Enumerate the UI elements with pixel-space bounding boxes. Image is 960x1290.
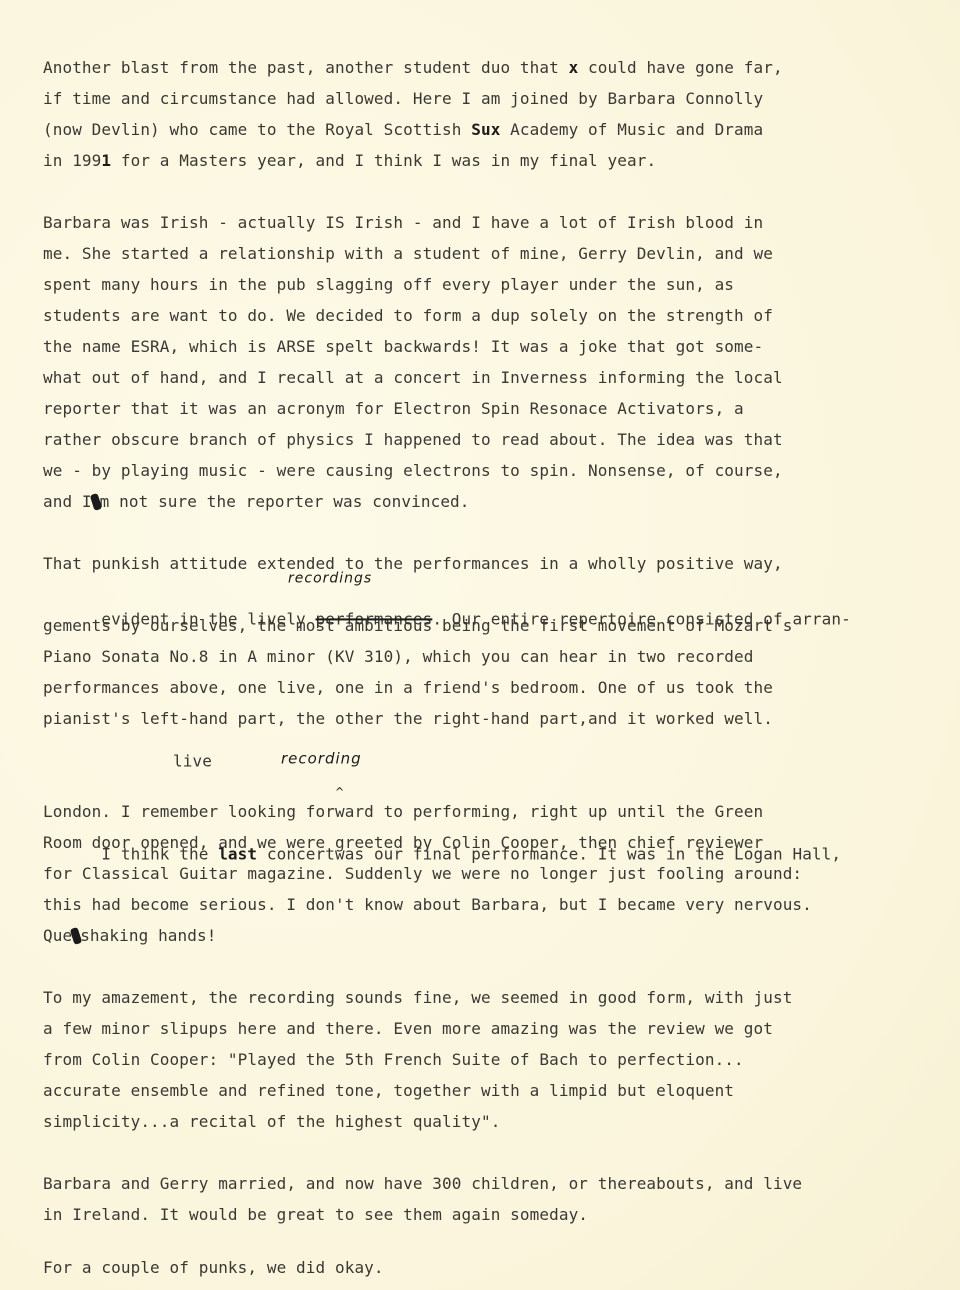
typed-overstrike: x [569,58,579,77]
text-line: performances above, one live, one in a f… [43,676,923,708]
text-line: the name ESRA, which is ARSE spelt backw… [43,335,923,367]
typed-overstrike: 1 [101,151,111,170]
handwritten-insertion: recording [281,746,362,770]
text-line: Barbara was Irish - actually IS Irish - … [43,211,923,243]
text-line: from Colin Cooper: "Played the 5th Frenc… [43,1048,923,1080]
text-line: a few minor slipups here and there. Even… [43,1017,923,1049]
text-line: (now Devlin) who came to the Royal Scott… [43,118,923,150]
text-line: To my amazement, the recording sounds fi… [43,986,923,1018]
text-line: me. She started a relationship with a st… [43,242,923,274]
text-line: Barbara and Gerry married, and now have … [43,1172,923,1204]
text-line: Room door opened, and we were greeted by… [43,831,923,863]
text: m not sure the reporter was convinced. [100,492,470,511]
text-line: That punkish attitude extended to the pe… [43,552,923,584]
text-line: live recording I think the last concert^… [43,769,923,801]
text: in 199 [43,151,101,170]
text: for a Masters year, and I think I was in… [111,151,656,170]
text-line: accurate ensemble and refined tone, toge… [43,1079,923,1111]
handwritten-correction: recordings [288,566,372,590]
text-line: pianist's left-hand part, the other the … [43,707,923,739]
text-line: spent many hours in the pub slagging off… [43,273,923,305]
text-line: if time and circumstance had allowed. He… [43,87,923,119]
paragraph-final-concert: live recording I think the last concert^… [43,769,923,955]
text-line: reporter that it was an acronym for Elec… [43,397,923,429]
text-line: rather obscure branch of physics I happe… [43,428,923,460]
text-line: For a couple of punks, we did okay. [43,1256,923,1288]
text-line: in Ireland. It would be great to see the… [43,1203,923,1235]
text-line: this had become serious. I don't know ab… [43,893,923,925]
paragraph-repertoire: That punkish attitude extended to the pe… [43,552,923,738]
text: Que [43,926,72,945]
text-line: Piano Sonata No.8 in A minor (KV 310), w… [43,645,923,677]
paragraph-closing: For a couple of punks, we did okay. [43,1256,923,1287]
paragraph-married: Barbara and Gerry married, and now have … [43,1172,923,1234]
text: could have gone far, [578,58,782,77]
text: (now Devlin) who came to the Royal Scott… [43,120,471,139]
typed-page: Another blast from the past, another stu… [43,56,923,1287]
text-line: and Im not sure the reporter was convinc… [43,490,923,522]
typed-insertion: live [173,749,212,773]
text-line: in 1991 for a Masters year, and I think … [43,149,923,181]
text-line: what out of hand, and I recall at a conc… [43,366,923,398]
text-line: Another blast from the past, another stu… [43,56,923,88]
paragraph-intro: Another blast from the past, another stu… [43,56,923,180]
text: shaking hands! [80,926,216,945]
text-line: recordingsevident in the lively performa… [43,583,923,615]
text-line: Queshaking hands! [43,924,923,956]
paragraph-esra: Barbara was Irish - actually IS Irish - … [43,211,923,521]
text-line: simplicity...a recital of the highest qu… [43,1110,923,1142]
text-line: for Classical Guitar magazine. Suddenly … [43,862,923,894]
text: and I [43,492,92,511]
text-line: we - by playing music - were causing ele… [43,459,923,491]
paragraph-review: To my amazement, the recording sounds fi… [43,986,923,1141]
text: Another blast from the past, another stu… [43,58,569,77]
text-line: gements by ourselves, the most ambitious… [43,614,923,646]
typed-overstrike: Sux [471,120,500,139]
text-line: students are want to do. We decided to f… [43,304,923,336]
text-line: London. I remember looking forward to pe… [43,800,923,832]
text: Academy of Music and Drama [500,120,763,139]
